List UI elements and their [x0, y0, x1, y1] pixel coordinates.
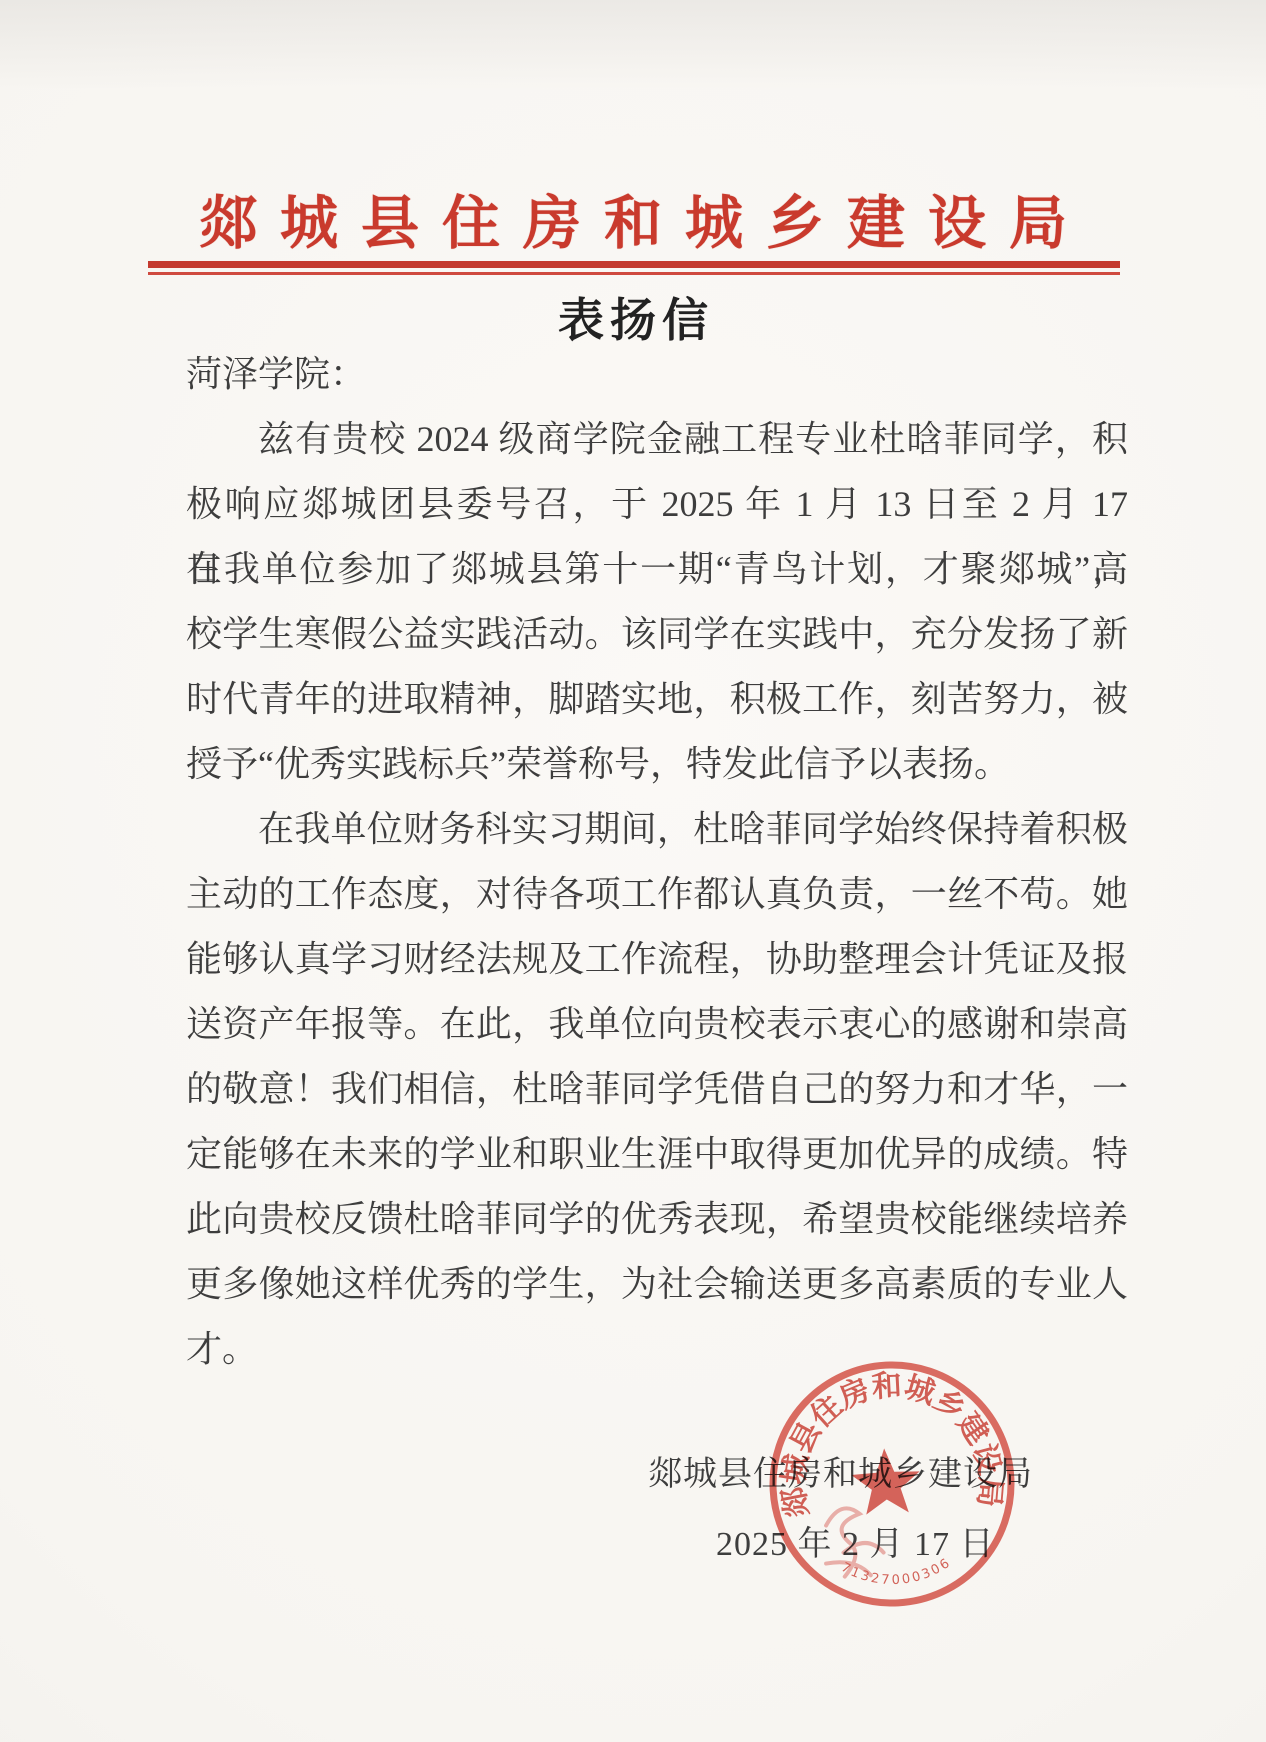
letter-page: 郯城县住房和城乡建设局 表扬信 菏泽学院： 兹有贵校 2024 级商学院金融工程…	[0, 0, 1266, 1742]
letter-body: 菏泽学院： 兹有贵校 2024 级商学院金融工程专业杜晗菲同学，积 极响应郯城团…	[186, 342, 1128, 1382]
body-line: 更多像她这样优秀的学生，为社会输送更多高素质的专业人	[186, 1252, 1128, 1317]
body-line: 的敬意！我们相信，杜晗菲同学凭借自己的努力和才华，一	[186, 1057, 1128, 1122]
body-line: 主动的工作态度，对待各项工作都认真负责，一丝不苟。她	[186, 862, 1128, 927]
header-divider-double-rule	[148, 261, 1120, 275]
body-line: 授予“优秀实践标兵”荣誉称号，特发此信予以表扬。	[186, 732, 1128, 797]
body-line: 时代青年的进取精神，脚踏实地，积极工作，刻苦努力，被	[186, 667, 1128, 732]
org-name-header: 郯城县住房和城乡建设局	[0, 176, 1266, 260]
body-line: 能够认真学习财经法规及工作流程，协助整理会计凭证及报	[186, 927, 1128, 992]
red-star-icon	[850, 1447, 922, 1516]
body-line: 兹有贵校 2024 级商学院金融工程专业杜晗菲同学，积	[186, 407, 1128, 472]
body-line: 送资产年报等。在此，我单位向贵校表示衷心的感谢和崇高	[186, 992, 1128, 1057]
official-seal-stamp: 郯城县住房和城乡建设局 3713270003066	[755, 1347, 1028, 1620]
body-line: 定能够在未来的学业和职业生涯中取得更加优异的成绩。特	[186, 1122, 1128, 1187]
body-line: 此向贵校反馈杜晗菲同学的优秀表现，希望贵校能继续培养	[186, 1187, 1128, 1252]
body-line: 在我单位参加了郯城县第十一期“青鸟计划，才聚郯城”高	[186, 537, 1128, 602]
body-line: 在我单位财务科实习期间，杜晗菲同学始终保持着积极	[186, 797, 1128, 862]
salutation: 菏泽学院：	[186, 342, 1128, 407]
doc-title: 表扬信	[0, 284, 1266, 350]
body-line: 校学生寒假公益实践活动。该同学在实践中，充分发扬了新	[186, 602, 1128, 667]
body-line: 极响应郯城团县委号召，于 2025 年 1 月 13 日至 2 月 17 日，	[186, 472, 1128, 537]
